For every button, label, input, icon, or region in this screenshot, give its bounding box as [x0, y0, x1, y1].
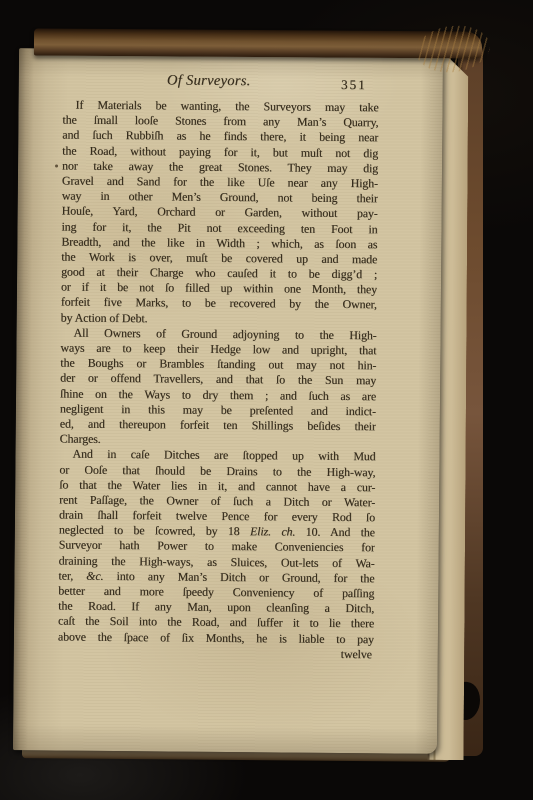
paragraph-3: And in caſe Ditches are ſtopped up with …: [58, 447, 376, 647]
etcetera-abbreviation: &c.: [86, 569, 103, 583]
page-content: Of Surveyors. 351 If Materials be wantin…: [58, 73, 379, 663]
book-photograph: Of Surveyors. 351 If Materials be wantin…: [0, 0, 533, 800]
ink-fleck: [55, 164, 58, 167]
text-segment: neglected to be ſcowred, by 18: [59, 523, 250, 539]
book-page: Of Surveyors. 351 If Materials be wantin…: [13, 48, 443, 754]
text-segment: 10. And the: [295, 525, 375, 540]
running-header-title: Of Surveyors.: [51, 72, 367, 90]
paragraph-1: If Materials be wanting, the Surveyors m…: [61, 98, 379, 329]
text-line: above the ſpace of ſix Months, he is lia…: [58, 629, 374, 647]
book-cover-top-edge: [34, 28, 482, 58]
paragraph-2: All Owners of Ground adjoyning to the Hi…: [60, 325, 377, 449]
page-number: 351: [341, 77, 367, 92]
catchword: twelve: [58, 644, 374, 662]
running-header: Of Surveyors. 351: [63, 73, 379, 100]
text-line: ed, and thereupon forfeit ten Shillings …: [60, 416, 376, 434]
text-segment: ter,: [58, 568, 86, 582]
statute-citation: Eliz. ch.: [250, 524, 295, 538]
text-segment: into any Man’s Ditch or Ground, for the: [103, 569, 374, 585]
